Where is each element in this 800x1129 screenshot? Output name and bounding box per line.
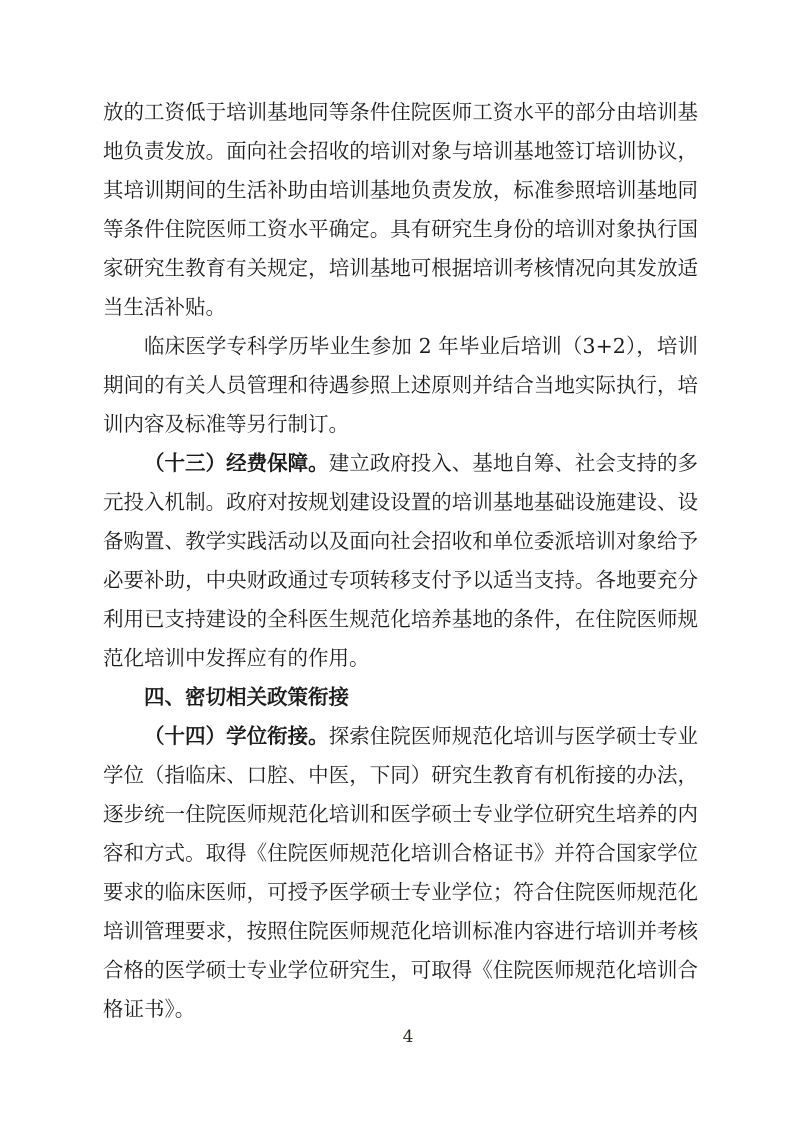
paragraph-text: 放的工资低于培训基地同等条件住院医师工资水平的部分由培训基地负责发放。面向社会招… [103,100,698,319]
paragraph-lead-item-13: （十三）经费保障。 [144,451,329,475]
paragraph-text: 建立政府投入、基地自筹、社会支持的多元投入机制。政府对按规划建设设置的培训基地基… [103,451,698,670]
document-body: 放的工资低于培训基地同等条件住院医师工资水平的部分由培训基地负责发放。面向社会招… [103,93,698,1029]
paragraph-text: 探索住院医师规范化培训与医学硕士专业学位（指临床、口腔、中医，下同）研究生教育有… [103,724,698,1021]
paragraph-text: 临床医学专科学历毕业生参加 2 年毕业后培训（3+2），培训期间的有关人员管理和… [103,334,698,436]
paragraph-lead-item-14: （十四）学位衔接。 [144,724,329,748]
paragraph-degree-linkage: （十四）学位衔接。探索住院医师规范化培训与医学硕士专业学位（指临床、口腔、中医，… [103,717,698,1029]
section-heading-text: 四、密切相关政策衔接 [144,685,349,709]
section-heading-policy-linkage: 四、密切相关政策衔接 [103,678,698,717]
document-page: 放的工资低于培训基地同等条件住院医师工资水平的部分由培训基地负责发放。面向社会招… [0,0,800,1129]
page-number: 4 [0,1026,800,1048]
paragraph-wage-continuation: 放的工资低于培训基地同等条件住院医师工资水平的部分由培训基地负责发放。面向社会招… [103,93,698,327]
paragraph-vocational-3plus2-training: 临床医学专科学历毕业生参加 2 年毕业后培训（3+2），培训期间的有关人员管理和… [103,327,698,444]
paragraph-funding-guarantee: （十三）经费保障。建立政府投入、基地自筹、社会支持的多元投入机制。政府对按规划建… [103,444,698,678]
